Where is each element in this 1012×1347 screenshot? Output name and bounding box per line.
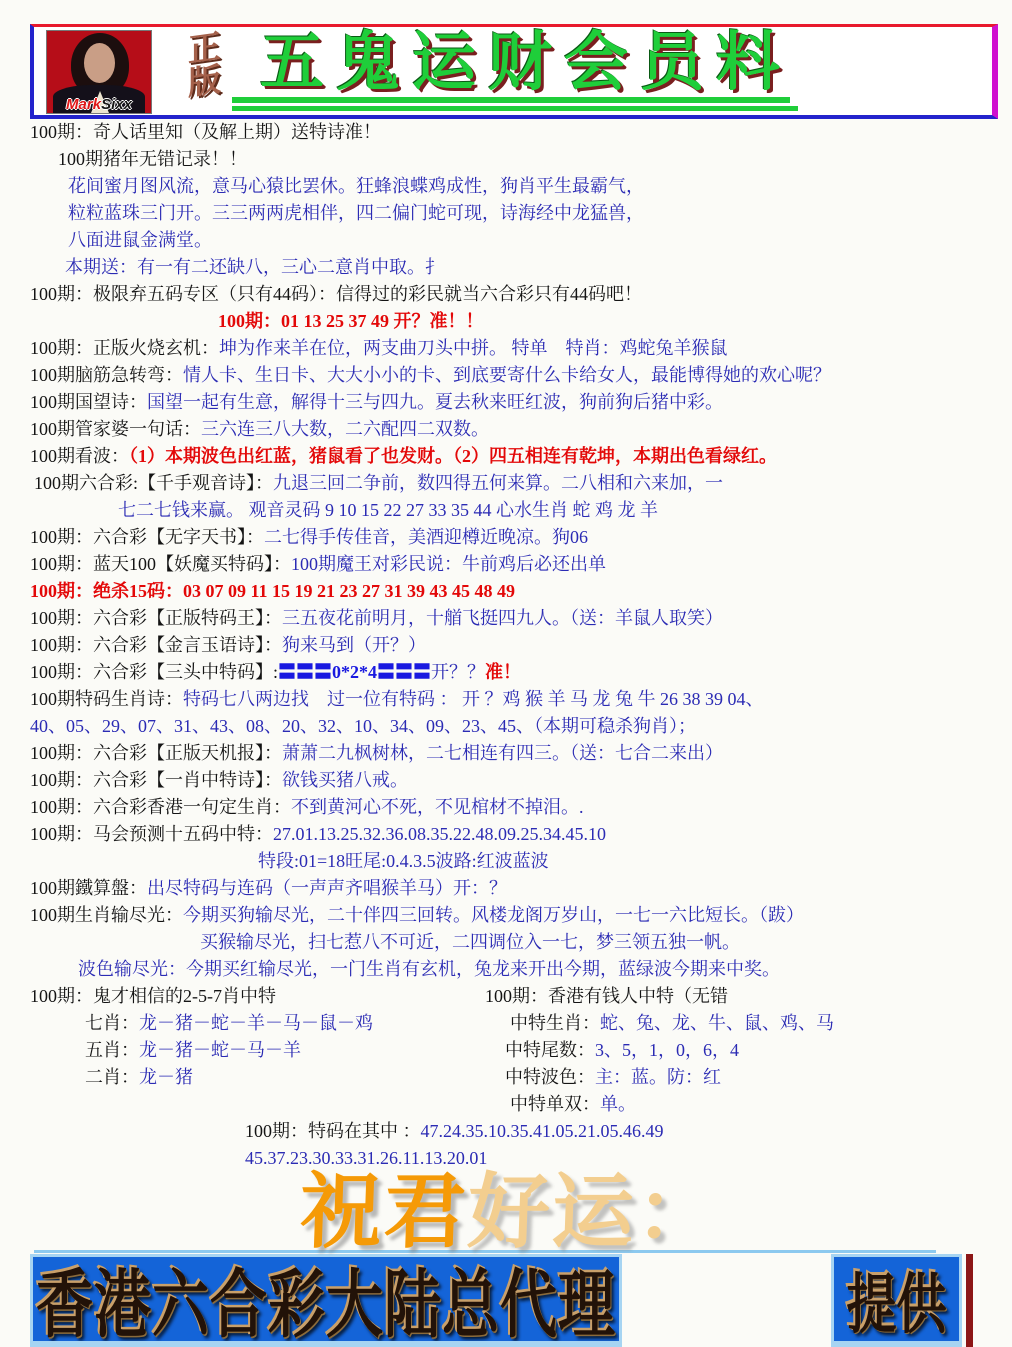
text-segment: 3、5，1，0，6，4 [595,1040,739,1060]
text-line: 100期管家婆一句话：三六连三八大数，二六配四二双数。 [30,416,1012,443]
text-line: 100期：六合彩【一肖中特诗】：欲钱买猪八戒。 [30,767,1012,794]
text-line: 100期：蓝天100【妖魔买特码】：100期魔王对彩民说：牛前鸡后必还出单 [30,551,1012,578]
text-line: 七肖：龙－猪－蛇－羊－马－鼠－鸡 [30,1010,485,1037]
text-segment: 萧萧二九枫树林，二七相连有四三。（送：七合二来出） [282,743,723,763]
two-column-block: 100期：鬼才相信的2-5-7肖中特七肖：龙－猪－蛇－羊－马－鼠－鸡五肖：龙－猪… [30,983,1012,1118]
brand-six: Sixx [101,96,132,113]
text-line: 100期：特码在其中 ：47.24.35.10.35.41.05.21.05.4… [30,1118,1012,1145]
text-segment: 七肖： [85,1013,139,1033]
text-segment: 中特生肖： [510,1013,600,1033]
text-segment: 100期：六合彩【一肖中特诗】： [30,770,282,790]
text-line: 100期鐵算盤：出尽特码与连码（一声声齐唱猴羊马）开：？ [30,875,1012,902]
text-segment: 45.37.23.30.33.31.26.11.13.20.01 [245,1148,487,1168]
text-segment: 100期：特码在其中 ： [245,1121,421,1141]
text-segment: 五肖： [85,1040,139,1060]
text-segment: 龙－猪－蛇－羊－马－鼠－鸡 [139,1013,373,1033]
text-line: 40、05、29、07、31、43、08、20、32、10、34、09、23、4… [30,713,1012,740]
text-line: 100期看波：（1）本期波色出红蓝，猪鼠看了也发财。（2）四五相连有乾坤，本期出… [30,443,1012,470]
text-segment: 出尽特码与连码（一声声齐唱猴羊马）开：？ [147,878,507,898]
text-segment: 开？？ [431,662,485,682]
text-segment: 不到黄河心不死，不见棺材不掉泪。. [291,797,584,817]
page-title: 五鬼运财会员料 [260,27,792,99]
hostess-photo: MarkSixx [46,30,152,114]
text-segment: 47.24.35.10.35.41.05.21.05.46.49 [421,1121,664,1141]
text-segment: 花间蜜月图风流，意马心猿比罢休。狂蜂浪蝶鸡成性，狗肖平生最霸气， [68,176,644,196]
agent-banner-box: 香港六合彩大陆总代理 [30,1254,622,1347]
text-segment: 准！ [485,662,521,682]
provide-text: 提供 [847,1254,947,1346]
text-line: 100期猪年无错记录！！ [30,146,1012,173]
text-line: 100期生肖输尽光：今期买狗输尽光，二十伴四三回转。风楼龙阁万岁山，一七一六比短… [30,902,1012,929]
edition-label: 正版 [182,28,220,99]
title-underline-2 [232,106,798,111]
text-line: 100期：香港有钱人中特（无错 [485,983,1012,1010]
text-line: 五肖：龙－猪－蛇－马－羊 [30,1037,485,1064]
text-line: 中特波色：主：蓝。防：红 [485,1064,1012,1091]
text-segment: 100期：六合彩【无字天书】： [30,527,264,547]
wish-text-strong: 祝君 [298,1167,469,1258]
right-column: 100期：香港有钱人中特（无错中特生肖：蛇、兔、龙、牛、鼠、鸡、马中特尾数：3、… [485,983,1012,1118]
text-line: 100期：六合彩【正版天机报】：萧萧二九枫树林，二七相连有四三。（送：七合二来出… [30,740,1012,767]
text-segment: 龙－猪 [139,1067,193,1087]
text-line: 粒粒蓝珠三门开。三三两两虎相伴，四二偏门蛇可现，诗海经中龙猛兽， [30,200,1012,227]
provide-box: 提供 [831,1254,962,1347]
text-segment: 粒粒蓝珠三门开。三三两两虎相伴，四二偏门蛇可现，诗海经中龙猛兽， [68,203,644,223]
wish-text-faded: 好运： [466,1167,721,1258]
text-segment: 国望一起有生意，解得十三与四九。夏去秋来旺红波，狗前狗后猪中彩。 [147,392,723,412]
banner-gap [622,1254,831,1347]
text-segment: 龙－猪－蛇－马－羊 [139,1040,301,1060]
agent-banner-text: 香港六合彩大陆总代理 [36,1254,616,1347]
text-segment: 今期买狗输尽光，二十伴四三回转。风楼龙阁万岁山，一七一六比短长。（跋） [183,905,804,925]
text-segment: 单。 [600,1094,636,1114]
text-segment: 欲钱买猪八戒。 [282,770,408,790]
text-line: 八面进鼠金满堂。 [30,227,1012,254]
lottery-flyer-page: MarkSixx 正版 五鬼运财会员料 100期：奇人话里知（及解上期）送特诗准… [0,0,1012,1347]
text-segment: 本期送：有一有二还缺八，三心二意肖中取。扌 [65,257,443,277]
text-segment: 二七得手传佳音，美酒迎樽近晚凉。狗06 [264,527,588,547]
text-segment: 100期六合彩:【千手观音诗】： [34,473,273,493]
marksix-brand: MarkSixx [47,97,151,113]
text-segment: 三五夜花前明月，十艏飞挺四九人。（送：羊鼠人取笑） [282,608,723,628]
text-segment: 中特波色： [505,1067,595,1087]
text-segment: 27.01.13.25.32.36.08.35.22.48.09.25.34.4… [273,824,606,844]
text-line: 100期六合彩:【千手观音诗】：九退三回二争前，数四得五何来算。二八相和六来加，… [30,470,1012,497]
text-segment: 狗来马到（开？） [282,635,426,655]
text-segment: 40、05、29、07、31、43、08、20、32、10、34、09、23、4… [30,716,696,736]
text-segment: 100期特码生肖诗： [30,689,183,709]
text-segment: 八面进鼠金满堂。 [68,230,212,250]
text-line: 中特生肖：蛇、兔、龙、牛、鼠、鸡、马 [485,1010,1012,1037]
wish-text: 祝君好运： [299,1172,1012,1246]
footer-banner: 香港六合彩大陆总代理 提供 [30,1254,1012,1347]
text-segment: 100期：六合彩【正版天机报】： [30,743,282,763]
text-segment: 主：蓝。防：红 [595,1067,721,1087]
text-segment: 100期：香港有钱人中特（无错 [485,986,728,1006]
text-segment: 100期管家婆一句话： [30,419,201,439]
text-line: 100期：马会预测十五码中特：27.01.13.25.32.36.08.35.2… [30,821,1012,848]
text-segment: 中特尾数： [505,1040,595,1060]
text-segment: 100期：奇人话里知（及解上期）送特诗准！ [30,122,381,142]
text-segment: 坤为作来羊在位，两支曲刀头中拼。 特单 特肖：鸡蛇兔羊猴鼠 [219,338,728,358]
text-line: 花间蜜月图风流，意马心猿比罢休。狂蜂浪蝶鸡成性，狗肖平生最霸气， [30,173,1012,200]
text-line: 100期：六合彩【三头中特码】:〓〓〓0*2*4〓〓〓开？？准！ [30,659,1012,686]
text-line: 100期：极限弃五码专区（只有44码）：信得过的彩民就当六合彩只有44码吧！ [30,281,1012,308]
title-underline-1 [232,97,790,103]
text-segment: 中特单双： [510,1094,600,1114]
text-line: 买猴输尽光，扫七惹八不可近，二四调位入一七，梦三领五独一帆。 [30,929,1012,956]
text-line: 100期国望诗：国望一起有生意，解得十三与四九。夏去秋来旺红波，狗前狗后猪中彩。 [30,389,1012,416]
text-line: 二肖：龙－猪 [30,1064,485,1091]
text-segment: 100期看波： [30,446,129,466]
text-segment: 100期猪年无错记录！！ [58,149,247,169]
text-segment: 100期：鬼才相信的2-5-7肖中特 [30,986,276,1006]
text-segment: 特码七八两边找 过一位有特码 ： 开 ？鸡 猴 羊 马 龙 兔 牛 26 38 … [183,689,764,709]
text-segment: 100期：蓝天100【妖魔买特码】： [30,554,291,574]
text-line: 100期：01 13 25 37 49 开？准！！ [30,308,1012,335]
text-segment: 特段:01=18旺尾:0.4.3.5波路:红波蓝波 [258,851,549,871]
text-segment: 100期：马会预测十五码中特： [30,824,273,844]
text-segment: 100期：绝杀15码：03 07 09 11 15 19 21 23 27 31… [30,581,515,601]
text-segment: 情人卡、生日卡、大大小小的卡、到底要寄什么卡给女人，最能博得她的欢心呢？ [183,365,831,385]
text-line: 100期：六合彩【金言玉语诗】：狗来马到（开？） [30,632,1012,659]
text-segment: 100期鐵算盤： [30,878,147,898]
content-lines: 100期：奇人话里知（及解上期）送特诗准！100期猪年无错记录！！花间蜜月图风流… [30,119,1012,1172]
text-segment: 100期国望诗： [30,392,147,412]
text-line: 100期：正版火烧玄机：坤为作来羊在位，两支曲刀头中拼。 特单 特肖：鸡蛇兔羊猴… [30,335,1012,362]
text-segment: 100期：六合彩香港一句定生肖： [30,797,291,817]
text-line: 100期：六合彩香港一句定生肖：不到黄河心不死，不见棺材不掉泪。. [30,794,1012,821]
text-segment: 三六连三八大数，二六配四二双数。 [201,419,489,439]
text-segment: 100期生肖输尽光： [30,905,183,925]
left-column: 100期：鬼才相信的2-5-7肖中特七肖：龙－猪－蛇－羊－马－鼠－鸡五肖：龙－猪… [30,983,485,1118]
text-segment: 100期：六合彩【金言玉语诗】： [30,635,282,655]
text-segment: 波色输尽光：今期买红输尽光，一门生肖有玄机，兔龙来开出今期，蓝绿波今期来中奖。 [78,959,780,979]
text-line: 特段:01=18旺尾:0.4.3.5波路:红波蓝波 [30,848,1012,875]
text-line: 100期：六合彩【无字天书】：二七得手传佳音，美酒迎樽近晚凉。狗06 [30,524,1012,551]
text-segment: 九退三回二争前，数四得五何来算。二八相和六来加，一 [273,473,723,493]
text-line: 中特单双：单。 [485,1091,1012,1118]
text-line: 100期脑筋急转弯：情人卡、生日卡、大大小小的卡、到底要寄什么卡给女人，最能博得… [30,362,1012,389]
text-line: 100期：绝杀15码：03 07 09 11 15 19 21 23 27 31… [30,578,1012,605]
text-segment: （1）本期波色出红蓝，猪鼠看了也发财。（2）四五相连有乾坤，本期出色看绿红。 [129,446,777,466]
text-segment: 100期：六合彩【三头中特码】: [30,662,278,682]
brand-mark: Mark [66,96,101,113]
text-segment: 100期魔王对彩民说：牛前鸡后必还出单 [291,554,606,574]
text-segment: 100期脑筋急转弯： [30,365,183,385]
text-line: 100期特码生肖诗：特码七八两边找 过一位有特码 ： 开 ？鸡 猴 羊 马 龙 … [30,686,1012,713]
text-segment: 买猴输尽光，扫七惹八不可近，二四调位入一七，梦三领五独一帆。 [200,932,740,952]
masthead: MarkSixx 正版 五鬼运财会员料 [30,24,998,119]
text-line: 中特尾数：3、5，1，0，6，4 [485,1037,1012,1064]
text-segment: 蛇、兔、龙、牛、鼠、鸡、马 [600,1013,834,1033]
text-line: 100期：奇人话里知（及解上期）送特诗准！ [30,119,1012,146]
text-segment: 100期：01 13 25 37 49 开？准！！ [218,311,484,331]
text-segment: 100期：六合彩【正版特码王】： [30,608,282,628]
text-line: 波色输尽光：今期买红输尽光，一门生肖有玄机，兔龙来开出今期，蓝绿波今期来中奖。 [30,956,1012,983]
banner-red-bar [966,1254,973,1347]
text-line: 100期：鬼才相信的2-5-7肖中特 [30,983,485,1010]
text-line: 本期送：有一有二还缺八，三心二意肖中取。扌 [30,254,1012,281]
text-segment: 二肖： [85,1067,139,1087]
text-line: 100期：六合彩【正版特码王】：三五夜花前明月，十艏飞挺四九人。（送：羊鼠人取笑… [30,605,1012,632]
text-line: 七二七钱来赢。 观音灵码 9 10 15 22 27 33 35 44 心水生肖… [30,497,1012,524]
text-segment: 100期：极限弃五码专区（只有44码）：信得过的彩民就当六合彩只有44码吧！ [30,284,642,304]
text-segment: 〓〓〓0*2*4〓〓〓 [278,662,431,682]
text-segment: 七二七钱来赢。 观音灵码 9 10 15 22 27 33 35 44 心水生肖… [118,500,658,520]
text-segment: 100期：正版火烧玄机： [30,338,219,358]
